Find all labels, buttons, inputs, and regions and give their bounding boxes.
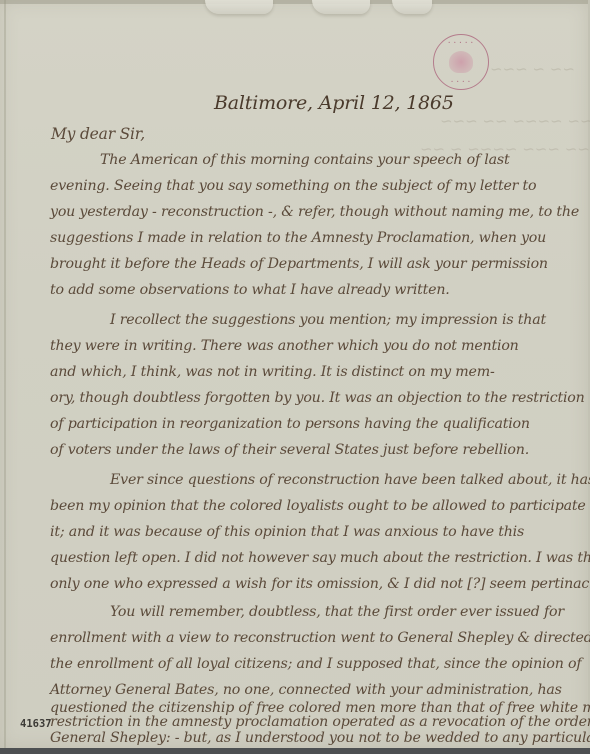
letter-line: of participation in reorganization to pe… [50, 416, 530, 432]
bleed-through-text: ~~~ ~~~~ ~~ ~~~ [440, 112, 590, 130]
salutation: My dear Sir, [51, 125, 145, 143]
letter-line: to add some observations to what I have … [50, 282, 450, 298]
letter-line: only one who expressed a wish for its om… [50, 576, 590, 592]
paper-left-edge [4, 0, 6, 748]
paper-top-edge [0, 0, 588, 4]
letter-line: ory, though doubtless forgotten by you. … [50, 390, 585, 406]
letter-line: enrollment with a view to reconstruction… [50, 630, 590, 646]
letter-page: ~~ ~ ~~~ ~~~ ~~~~ ~~ ~~~ ~~ ~~~ ~~~~ ~ ~… [0, 0, 590, 748]
dateline: Baltimore, April 12, 1865 [214, 92, 454, 114]
letter-line: of voters under the laws of their severa… [50, 442, 529, 458]
letter-line: the enrollment of all loyal citizens; an… [50, 656, 581, 672]
eagle-emblem-icon [449, 51, 473, 73]
letter-line: You will remember, doubtless, that the f… [110, 604, 564, 620]
catalog-number: 41637 [20, 718, 52, 730]
bleed-through-text: ~~ ~ ~~~ [490, 60, 575, 78]
letter-line: evening. Seeing that you say something o… [50, 178, 536, 194]
letter-line: it; and it was because of this opinion t… [50, 524, 524, 540]
mount-clip [205, 0, 273, 14]
mount-clip [392, 0, 432, 14]
letter-line: restriction in the amnesty proclamation … [50, 714, 590, 730]
letter-line: The American of this morning contains yo… [100, 152, 510, 168]
letter-line: and which, I think, was not in writing. … [50, 364, 495, 380]
letter-line: you yesterday - reconstruction -, & refe… [50, 204, 579, 220]
letter-line: suggestions I made in relation to the Am… [50, 230, 546, 246]
letter-line: they were in writing. There was another … [50, 338, 519, 354]
letter-line: Ever since questions of reconstruction h… [110, 472, 590, 488]
library-seal-stamp: • • • • • • • • • [433, 34, 489, 90]
letter-line: brought it before the Heads of Departmen… [50, 256, 548, 272]
mount-clip [312, 0, 370, 14]
stamp-text: • • • • [451, 79, 471, 84]
letter-line: Attorney General Bates, no one, connecte… [50, 682, 562, 698]
letter-line: been my opinion that the colored loyalis… [50, 498, 590, 514]
letter-line: question left open. I did not however sa… [50, 550, 590, 566]
scan-border [0, 748, 590, 754]
letter-line: General Shepley: - but, as I understood … [50, 730, 590, 746]
stamp-text: • • • • • [448, 40, 474, 45]
letter-line: I recollect the suggestions you mention;… [110, 312, 546, 328]
